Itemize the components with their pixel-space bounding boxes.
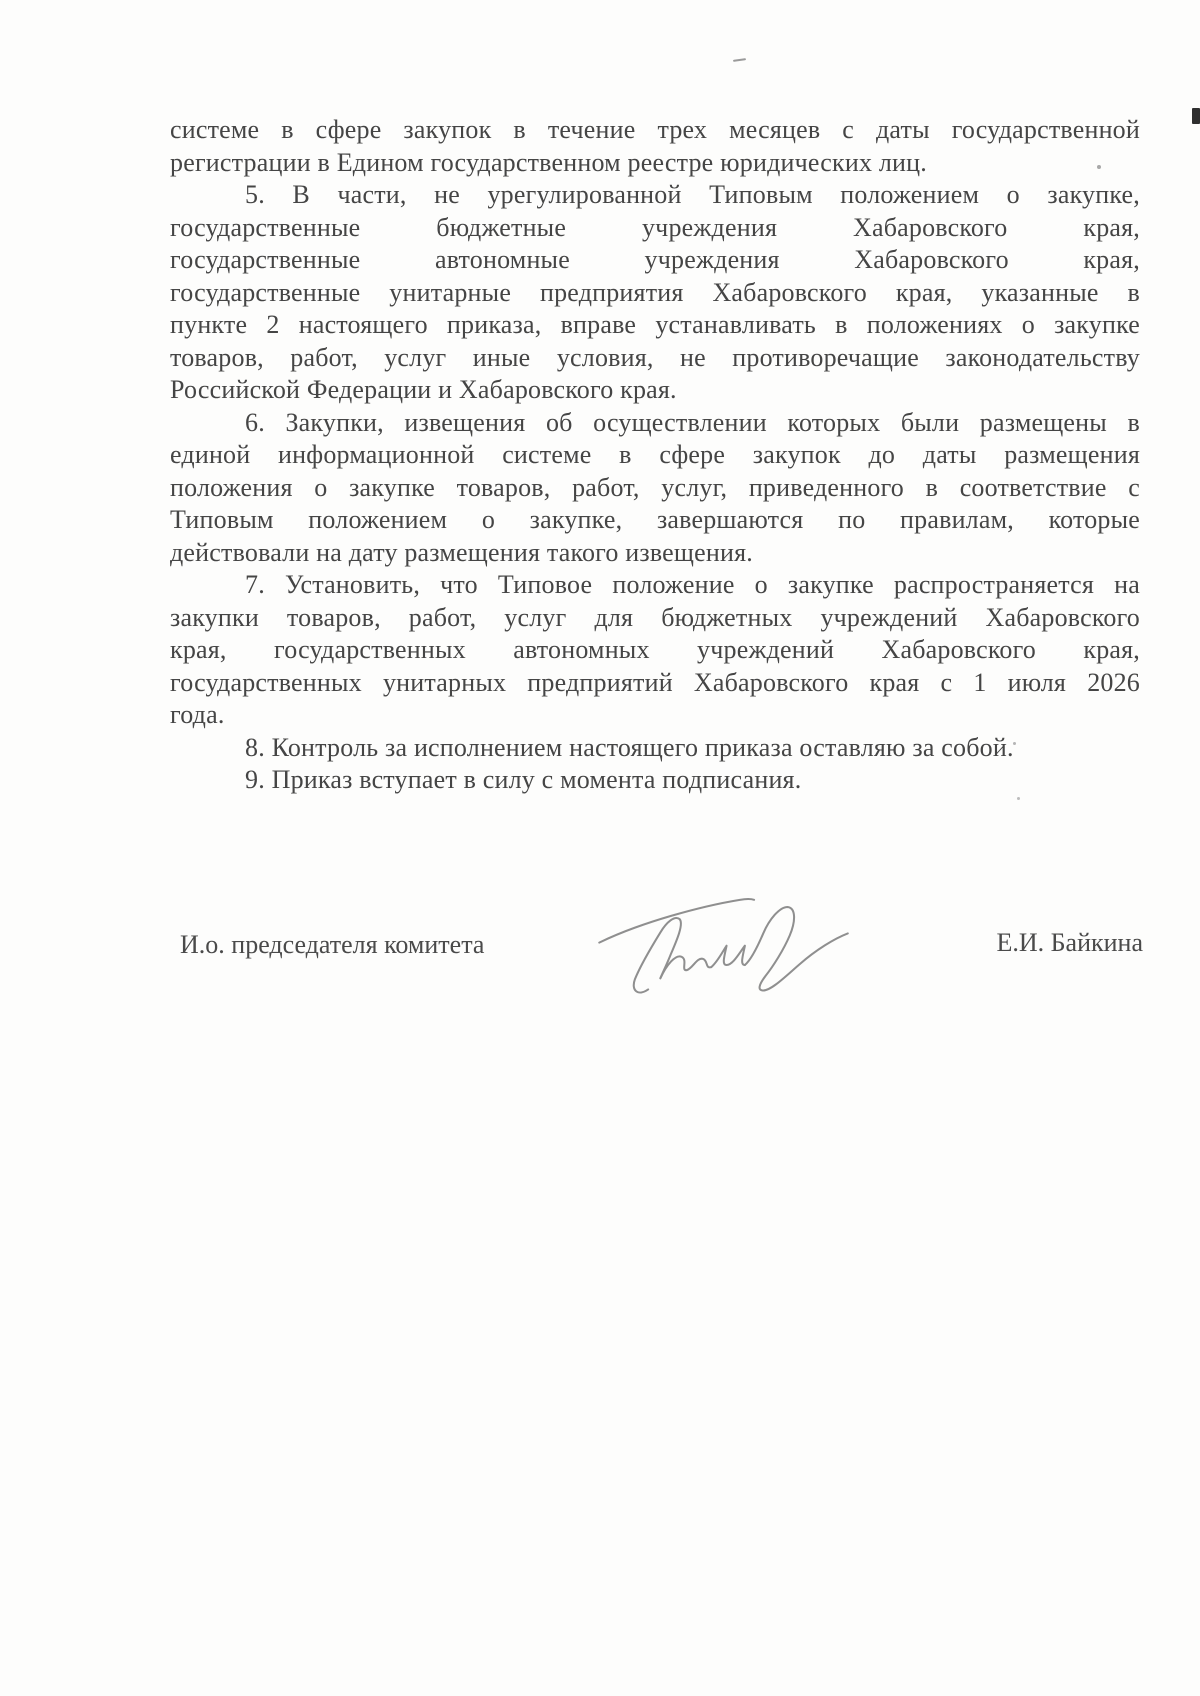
signer-name: Е.И. Байкина [996, 928, 1143, 958]
text-line: года. [170, 699, 1140, 732]
text-line: 5. В части, не урегулированной Типовым п… [170, 179, 1140, 212]
text-line: регистрации в Едином государственном рее… [170, 147, 1140, 180]
paragraph: системе в сфере закупок в течение трех м… [170, 114, 1140, 179]
scan-artifact-dot [1017, 797, 1020, 800]
text-line: 8. Контроль за исполнением настоящего пр… [170, 732, 1140, 765]
text-line: 9. Приказ вступает в силу с момента подп… [170, 764, 1140, 797]
text-line: края, государственных автономных учрежде… [170, 634, 1140, 667]
text-line: Типовым положением о закупке, завершаютс… [170, 504, 1140, 537]
paragraph: 8. Контроль за исполнением настоящего пр… [170, 732, 1140, 765]
document-body: системе в сфере закупок в течение трех м… [170, 114, 1140, 797]
text-line: положения о закупке товаров, работ, услу… [170, 472, 1140, 505]
text-line: 7. Установить, что Типовое положение о з… [170, 569, 1140, 602]
scan-artifact-edge-mark [1192, 108, 1200, 124]
text-line: системе в сфере закупок в течение трех м… [170, 114, 1140, 147]
paragraph: 9. Приказ вступает в силу с момента подп… [170, 764, 1140, 797]
text-line: государственные унитарные предприятия Ха… [170, 277, 1140, 310]
text-line: пункте 2 настоящего приказа, вправе уста… [170, 309, 1140, 342]
text-line: Российской Федерации и Хабаровского края… [170, 374, 1140, 407]
text-line: государственные бюджетные учреждения Хаб… [170, 212, 1140, 245]
signature-block: И.о. председателя комитета Е.И. Байкина [170, 860, 1143, 1005]
text-line: действовали на дату размещения такого из… [170, 537, 1140, 570]
paragraph: 6. Закупки, извещения об осуществлении к… [170, 407, 1140, 570]
signer-position: И.о. председателя комитета [180, 930, 484, 960]
document-page: системе в сфере закупок в течение трех м… [0, 0, 1200, 1696]
scan-artifact-tilde [733, 58, 746, 62]
text-line: единой информационной системе в сфере за… [170, 439, 1140, 472]
text-line: государственных унитарных предприятий Ха… [170, 667, 1140, 700]
text-line: государственные автономные учреждения Ха… [170, 244, 1140, 277]
paragraph: 5. В части, не урегулированной Типовым п… [170, 179, 1140, 407]
text-line: закупки товаров, работ, услуг для бюджет… [170, 602, 1140, 635]
handwritten-signature-icon [585, 874, 860, 999]
text-line: 6. Закупки, извещения об осуществлении к… [170, 407, 1140, 440]
paragraph: 7. Установить, что Типовое положение о з… [170, 569, 1140, 732]
text-line: товаров, работ, услуг иные условия, не п… [170, 342, 1140, 375]
